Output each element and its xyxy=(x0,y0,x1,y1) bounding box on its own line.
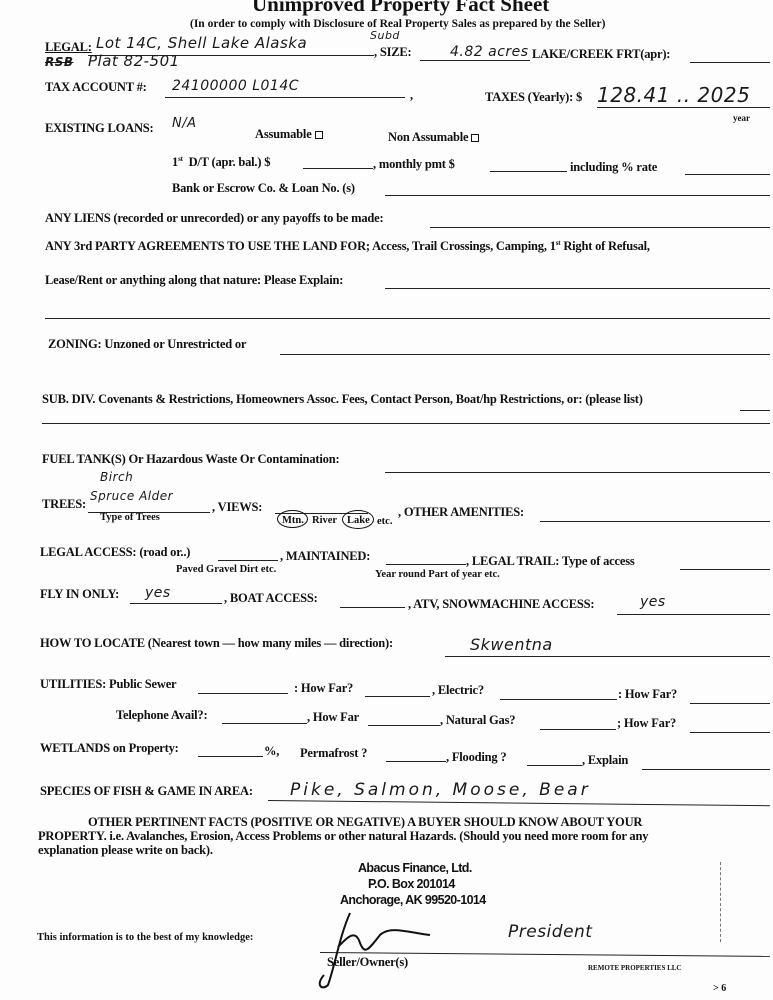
maintained-caption: Year round Part of year etc. xyxy=(375,569,500,580)
electric-field[interactable] xyxy=(500,699,617,700)
utilities-label: UTILITIES: Public Sewer xyxy=(40,677,176,692)
stamp-po-box: P.O. Box 201014 xyxy=(368,877,455,891)
taxes-label: TAXES (Yearly): $ xyxy=(485,90,582,105)
tax-comma: , xyxy=(410,88,413,103)
locate-value[interactable]: Skwentna xyxy=(470,635,553,654)
other-facts-line1: OTHER PERTINENT FACTS (POSITIVE OR NEGAT… xyxy=(88,815,642,830)
assumable-checkbox[interactable] xyxy=(315,131,323,139)
lake-creek-label: LAKE/CREEK FRT(apr): xyxy=(532,47,670,62)
page-title: Unimproved Property Fact Sheet xyxy=(252,0,549,17)
howfar1-label: : How Far? xyxy=(294,681,353,696)
trees-value[interactable]: Spruce Alder xyxy=(90,489,173,503)
zoning-label: ZONING: Unzoned or Unrestricted or xyxy=(48,337,246,352)
legal-annotation: Subd xyxy=(370,29,400,42)
other-facts-line2: PROPERTY. i.e. Avalanches, Erosion, Acce… xyxy=(38,829,648,844)
legal-value[interactable]: Lot 14C, Shell Lake Alaska xyxy=(96,34,307,52)
existing-loans-value[interactable]: N/A xyxy=(172,116,197,131)
legal-access-field[interactable] xyxy=(218,560,278,561)
fly-in-label: FLY IN ONLY: xyxy=(40,587,119,602)
rate-label: including % rate xyxy=(570,160,657,175)
year-caption: year xyxy=(733,113,750,123)
flooding-label: , Flooding ? xyxy=(446,750,506,765)
non-assumable-option[interactable]: Non Assumable xyxy=(388,130,479,145)
bank-label: Bank or Escrow Co. & Loan No. (s) xyxy=(172,181,355,196)
species-label: SPECIES OF FISH & GAME IN AREA: xyxy=(40,784,253,799)
first-dt-field[interactable] xyxy=(303,168,373,169)
subdiv-field-1[interactable] xyxy=(740,410,770,411)
size-underline xyxy=(420,60,530,61)
liens-field[interactable] xyxy=(430,227,770,228)
atv-value[interactable]: yes xyxy=(640,594,666,610)
electric-label: , Electric? xyxy=(432,683,484,698)
locate-underline xyxy=(445,656,770,657)
howfar2-field[interactable] xyxy=(690,703,770,704)
permafrost-label: Permafrost ? xyxy=(300,746,367,761)
third-party-field-2[interactable] xyxy=(45,318,770,319)
third-party-label-1: ANY 3rd PARTY AGREEMENTS TO USE THE LAND… xyxy=(45,239,650,254)
footer-company: REMOTE PROPERTIES LLC xyxy=(588,964,682,972)
legal-trail-field[interactable] xyxy=(680,569,770,570)
tax-account-label: TAX ACCOUNT #: xyxy=(45,80,147,95)
subdiv-label: SUB. DIV. Covenants & Restrictions, Home… xyxy=(42,392,643,407)
howfar3-label: , How Far xyxy=(307,710,359,725)
assumable-option[interactable]: Assumable xyxy=(255,127,323,142)
gas-label: , Natural Gas? xyxy=(440,713,515,728)
telephone-label: Telephone Avail?: xyxy=(116,708,207,723)
gas-field[interactable] xyxy=(540,729,616,730)
wetlands-field[interactable] xyxy=(198,756,263,757)
fly-in-underline xyxy=(130,603,222,604)
legal-access-caption: Paved Gravel Dirt etc. xyxy=(176,564,276,575)
views-option-etc: etc. xyxy=(377,516,392,527)
atv-underline xyxy=(617,614,770,615)
views-option-river[interactable]: River xyxy=(312,515,337,526)
zoning-field[interactable] xyxy=(280,354,770,355)
non-assumable-checkbox[interactable] xyxy=(471,134,479,142)
fuel-label: FUEL TANK(S) Or Hazardous Waste Or Conta… xyxy=(42,452,339,467)
explain-field[interactable] xyxy=(642,769,770,770)
trees-label: TREES: xyxy=(42,497,86,512)
boat-access-label: , BOAT ACCESS: xyxy=(224,591,318,606)
page-mark: > 6 xyxy=(713,983,726,994)
signature-title: President xyxy=(508,922,592,942)
boat-access-field[interactable] xyxy=(340,607,405,608)
signature-label: This information is to the best of my kn… xyxy=(37,932,253,943)
maintained-field[interactable] xyxy=(386,564,466,565)
howfar1-field[interactable] xyxy=(365,696,430,697)
fly-in-value[interactable]: yes xyxy=(145,585,171,601)
howfar3-field[interactable] xyxy=(368,725,440,726)
stamp-company: Abacus Finance, Ltd. xyxy=(358,861,472,875)
species-value[interactable]: Pike, Salmon, Moose, Bear xyxy=(290,780,591,800)
sewer-field[interactable] xyxy=(198,693,288,694)
lake-creek-field[interactable] xyxy=(690,62,770,63)
species-underline xyxy=(268,800,770,806)
atv-label: , ATV, SNOWMACHINE ACCESS: xyxy=(408,597,594,612)
monthly-field[interactable] xyxy=(490,171,567,172)
lake-circle xyxy=(342,510,374,529)
subdiv-field-2[interactable] xyxy=(42,423,770,424)
existing-loans-label: EXISTING LOANS: xyxy=(45,121,154,136)
legal-label: LEGAL: xyxy=(45,40,92,55)
tax-account-value[interactable]: 24100000 L014C xyxy=(172,78,299,94)
taxes-underline xyxy=(597,107,770,108)
assumable-label: Assumable xyxy=(255,127,312,141)
wetlands-label: WETLANDS on Property: xyxy=(40,741,179,756)
non-assumable-label: Non Assumable xyxy=(388,130,468,144)
permafrost-field[interactable] xyxy=(386,761,446,762)
views-label: , VIEWS: xyxy=(212,500,262,515)
rate-field[interactable] xyxy=(685,174,770,175)
size-label: , SIZE: xyxy=(374,45,412,60)
locate-label: HOW TO LOCATE (Nearest town — how many m… xyxy=(40,636,393,651)
third-party-field-1[interactable] xyxy=(385,288,770,289)
trees-value-top: Birch xyxy=(100,470,133,484)
first-dt-label: 1st D/T (apr. bal.) $ xyxy=(172,155,270,170)
signature-caption: Seller/Owner(s) xyxy=(327,955,408,970)
signature-scribble xyxy=(310,905,460,995)
size-value[interactable]: 4.82 acres xyxy=(450,44,529,60)
liens-label: ANY LIENS (recorded or unrecorded) or an… xyxy=(45,211,383,226)
trees-caption: Type of Trees xyxy=(100,512,160,523)
legal-trail-label: , LEGAL TRAIL: Type of access xyxy=(466,554,635,569)
legal-struck-text: RSB xyxy=(45,55,74,69)
legal-access-label: LEGAL ACCESS: (road or..) xyxy=(40,545,190,560)
maintained-label: , MAINTAINED: xyxy=(280,549,370,564)
monthly-label: , monthly pmt $ xyxy=(373,157,455,172)
howfar2-label: : How Far? xyxy=(618,687,677,702)
other-facts-line3: explanation please write on back). xyxy=(38,843,213,858)
amenities-field[interactable] xyxy=(540,521,770,522)
legal-plat-value[interactable]: Plat 82-501 xyxy=(88,52,180,70)
telephone-field[interactable] xyxy=(222,723,307,724)
howfar4-field[interactable] xyxy=(690,732,770,733)
fuel-field[interactable] xyxy=(385,472,770,473)
flooding-field[interactable] xyxy=(527,765,582,766)
mtn-circle xyxy=(277,510,308,528)
percent-label: %, xyxy=(264,744,279,759)
howfar4-label: ; How Far? xyxy=(617,716,676,731)
amenities-label: , OTHER AMENITIES: xyxy=(398,505,524,520)
taxes-value[interactable]: 128.41 .. 2025 xyxy=(597,83,750,107)
explain-label: , Explain xyxy=(582,753,628,768)
tax-account-underline xyxy=(165,97,405,98)
bank-field[interactable] xyxy=(385,195,770,196)
margin-marks xyxy=(720,862,721,942)
third-party-label-2: Lease/Rent or anything along that nature… xyxy=(45,273,343,288)
